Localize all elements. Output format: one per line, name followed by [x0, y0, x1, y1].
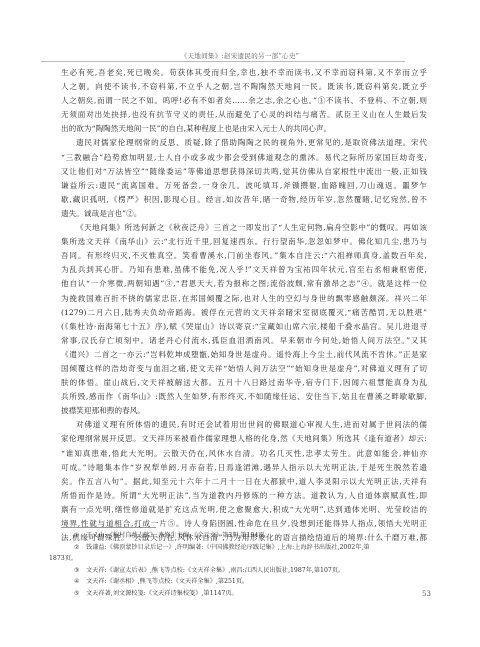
body-line: 生必有死,吾老矣,死已晚矣。苟获体其受而归全,幸也,独不幸而读书,又不幸而窃科第…	[61, 66, 427, 80]
footnote: ②钱谦益:《佛顶蒙钞目录后记一》,许明编著:《中国佛教经论序跋记集》,上海:上海…	[61, 542, 427, 554]
footnote-text: 钱谦益:《佛顶蒙钞目录后记一》,许明编著:《中国佛教经论序跋记集》,上海:上海辞…	[86, 544, 370, 551]
body-line: 《天地间集》所选何新之《秋夜泛舟》三首之一即发出了“人生定何物,扁舟空影中”的慨…	[61, 221, 427, 235]
body-line: 为乱兵刲其心肝。乃知有患难,虽佛不能免,况人乎!”文天祥曾为宝祐四年状元,官至右…	[61, 263, 427, 277]
footnote: ③文天祥:《谢宣太后表》,熊飞等点校:《文天祥全集》,南昌:江西人民出版社,19…	[61, 565, 427, 577]
body-line: (1279)二月六日,陆秀夫负幼帝蹈海。被俘在元营的文天祥亲睹宋室彻底覆灭,“痛…	[61, 306, 427, 320]
footnote-text: 王义山:《稼村自墓志铭》,李修生主编:《全元文》第3册,第194页。	[86, 532, 271, 539]
footnote: ⑤文天祥著,刘文源校笺:《文天祥诗集校笺》,第1147页。	[61, 588, 427, 600]
body-line: 无须面对出处抉择,也没有抗节守义的责任,从而避免了心灵的纠结与痛苦。贰臣王义山在…	[61, 108, 427, 122]
body-line: 披襟笑迎那和煦的春风。	[61, 404, 427, 418]
body-line: 境界,性就与道相合,打成一片⑤。诗人身陷囹圄,性命危在旦夕,没想到还能得异人指点…	[61, 517, 427, 531]
body-line: “三教融合”趋势愈加明显,士人自小或多或少都会受到佛道观念的熏沐。易代之际所历家…	[61, 151, 427, 165]
footnote-text: 文天祥:《谢丞相》,熊飞等点校:《文天祥全集》,第251页。	[86, 578, 248, 585]
body-text: 生必有死,吾老矣,死已晚矣。苟获体其受而归全,幸也,独不幸而读书,又不幸而窃科第…	[61, 66, 427, 545]
footnote-marker: ⑤	[61, 588, 86, 600]
footnote: ④文天祥:《谢丞相》,熊飞等点校:《文天祥全集》,第251页。	[61, 576, 427, 588]
body-line: 兵所毁,感而作《南华山》:既然人生如梦,有形终灭,不如随缘任运、安住当下,姑且在…	[61, 390, 427, 404]
body-line: 人之朝矣,而谓一民之不如。呜呼!必有不如者矣……余之志,余之心也。”①不读书、不…	[61, 94, 427, 108]
footnote-divider	[61, 527, 156, 528]
body-line: 出的欲为“陶陶然天地间一民”的自白,某种程度上也是由宋入元士人的共同心声。	[61, 122, 427, 136]
body-line: 所悟而作是诗。所谓“大光明正法”,当为道教内丹修炼的一种方法。道教认为,人自道体…	[61, 489, 427, 503]
body-line: (《集杜诗·南海第七十五》序),赋《哭崖山》诗以寄哀:“宝藏如山席六宗,楼船千叠…	[61, 320, 427, 334]
footnote-text: 1873页。	[49, 555, 77, 562]
body-line: 矣。作五言八句”。据此,知至元十六年十二月十一日在大都狱中,道人李灵阳示以大光明…	[61, 475, 427, 489]
body-line: 《遣兴》二首之一亦云:“岂料乾坤成堕甑,始知身世是虚舟。遥怜海上今尘土,前代风流…	[61, 348, 427, 362]
running-head-title: 《天地间集》:赵宋遗民的另一部“心史”	[0, 51, 480, 60]
body-line: 谦益所云:遗民“流离国难。万死备尝,一身余几。波吒填耳,斧锧攒躯,血路魄回,刀山…	[61, 179, 427, 193]
body-line: 肤的体悟。崖山战后,文天祥被解送大都。五月十八日路过南华寺,宿寺门下,因闻六祖慧…	[61, 376, 427, 390]
footnote-marker: ④	[61, 576, 86, 588]
footnote-marker: ①	[61, 530, 86, 542]
body-line: 遗民对儒家伦理纲常的反思、质疑,除了借助陶陶之民的视角外,更常见的,是取资佛法道…	[61, 136, 427, 150]
footnote-marker: ②	[61, 542, 86, 554]
body-line: 国倾覆这样的浩劫奇变与血泪之痛,使文天祥“始悟人间万法空”“始知身世是虚舟”,对…	[61, 362, 427, 376]
body-line: 可成。”诗题集本作“岁祝犁单阏,月赤奋若,日焉逢涒滩,遇异人指示以大光明正法,于…	[61, 461, 427, 475]
header-divider	[41, 61, 405, 62]
body-line: 他自认“一介寒微,两朝知遇”③,“君恩天大,若为报称之图;流俗波颓,常有激昂之志…	[61, 277, 427, 291]
body-line: 歇,藏识孤明,《楞严》积因,影现心目。经言,如汝昔年,睹一奇物,经历年岁,忽然覆…	[61, 193, 427, 207]
body-line: 集所选文天祥《南华山》云:“北行近千里,回复速西东。行行望南华,忽忽如梦中。佛化…	[61, 235, 427, 249]
body-line: 人之朝。向使不读书,不窃科第,不立乎人之朝,岂不陶陶然天地间一民。既读书,既窃科…	[61, 80, 427, 94]
body-line: 为挽救国难百折不挠的儒家忠臣,在邦国倾覆之际,也对人生的空幻与身世的飘零感触颇深…	[61, 292, 427, 306]
footnotes: ①王义山:《稼村自墓志铭》,李修生主编:《全元文》第3册,第194页。②钱谦益:…	[61, 530, 427, 600]
footnote-marker: ③	[61, 565, 86, 577]
body-line: 遗失。诚哉是言也”②。	[61, 207, 427, 221]
body-line: 禀有一点光明,缮性修道就是扩充这点光明,使之愈聚愈大,积成“大光明”,达到通体光…	[61, 503, 427, 517]
body-line: 吾同。有形终归灭,不灭惟真空。笑看曹溪水,门前坐春风。”集本自注云:“六祖禅师真…	[61, 249, 427, 263]
body-line: 家伦理纲常展开反思。文天祥历来被看作儒家理想人格的化身,然《天地间集》所选其《逢…	[61, 432, 427, 446]
body-line: 对佛道义理有所体悟的遗民,有时还会试着用出世间的佛眼道心审视人生,进而对属于世间…	[61, 418, 427, 432]
page-number: 53	[422, 590, 431, 598]
body-line: 又让他们对“万法皆空”“随缘委运”等佛道思想获得深切共鸣,觉其仿佛从自家根性中流…	[61, 165, 427, 179]
footnote-text: 文天祥:《谢宣太后表》,熊飞等点校:《文天祥全集》,南昌:江西人民出版社,198…	[86, 567, 344, 574]
footnote: 1873页。	[49, 553, 427, 565]
footnote-text: 文天祥著,刘文源校笺:《文天祥诗集校笺》,第1147页。	[86, 590, 238, 597]
body-line: “谁知真患难,悟此大光明。云散天仍在,风休水自清。功名几灭性,忠孝太劳生。此意如…	[61, 447, 427, 461]
footnote: ①王义山:《稼村自墓志铭》,李修生主编:《全元文》第3册,第194页。	[61, 530, 427, 542]
body-line: 常事,汉氏存亡顷刻中。诸老丹心付流水,孤臣血泪洒南风。早来朝市今何处,始悟人间万…	[61, 334, 427, 348]
